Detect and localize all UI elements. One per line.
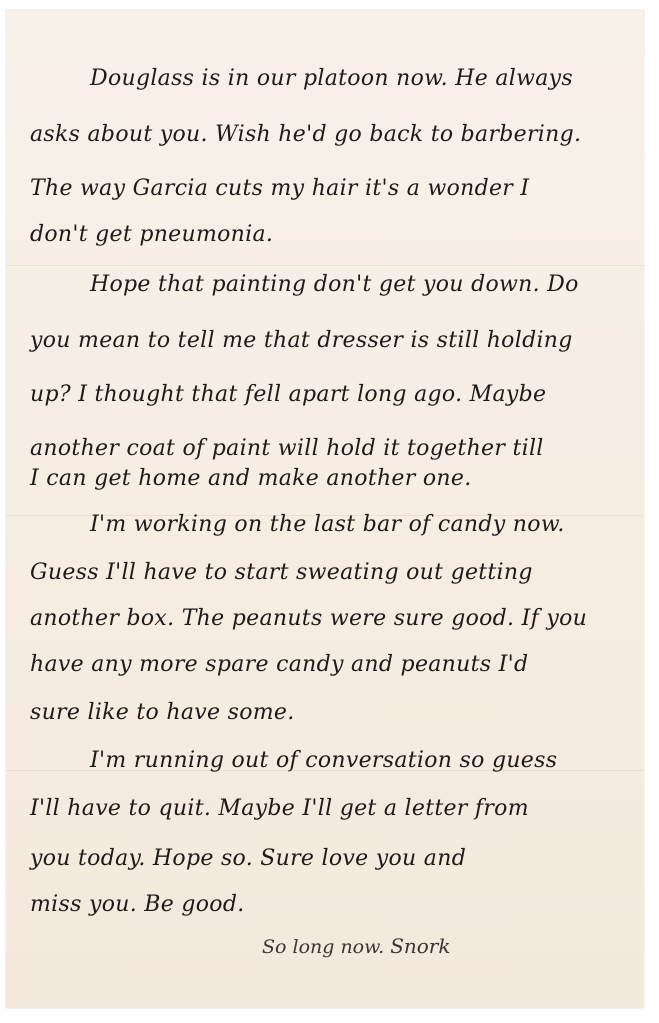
signature: Snork bbox=[390, 934, 450, 958]
paper-fold-line bbox=[6, 265, 644, 266]
letter-line: The way Garcia cuts my hair it's a wonde… bbox=[30, 176, 529, 201]
closing-text: So long now. bbox=[262, 936, 384, 958]
letter-line: asks about you. Wish he'd go back to bar… bbox=[30, 122, 581, 147]
letter-line: I'll have to quit. Maybe I'll get a lett… bbox=[30, 796, 529, 821]
letter-line: Guess I'll have to start sweating out ge… bbox=[30, 560, 533, 585]
letter-line: miss you. Be good. bbox=[30, 892, 245, 917]
letter-line: you today. Hope so. Sure love you and bbox=[30, 846, 466, 871]
letter-line: another box. The peanuts were sure good.… bbox=[30, 606, 587, 631]
letter-line: Hope that painting don't get you down. D… bbox=[90, 272, 579, 297]
letter-line: I'm running out of conversation so guess bbox=[90, 748, 557, 773]
letter-line: don't get pneumonia. bbox=[30, 222, 273, 247]
letter-line: Douglass is in our platoon now. He alway… bbox=[90, 66, 573, 91]
letter-line: up? I thought that fell apart long ago. … bbox=[30, 382, 546, 407]
letter-line: I can get home and make another one. bbox=[30, 466, 472, 491]
letter-line: sure like to have some. bbox=[30, 700, 295, 725]
letter-line: I'm working on the last bar of candy now… bbox=[90, 512, 565, 537]
letter-line: have any more spare candy and peanuts I'… bbox=[30, 652, 528, 677]
letter-closing: So long now.Snork bbox=[262, 934, 451, 958]
letter-line: you mean to tell me that dresser is stil… bbox=[30, 328, 573, 353]
letter-line: another coat of paint will hold it toget… bbox=[30, 436, 544, 461]
